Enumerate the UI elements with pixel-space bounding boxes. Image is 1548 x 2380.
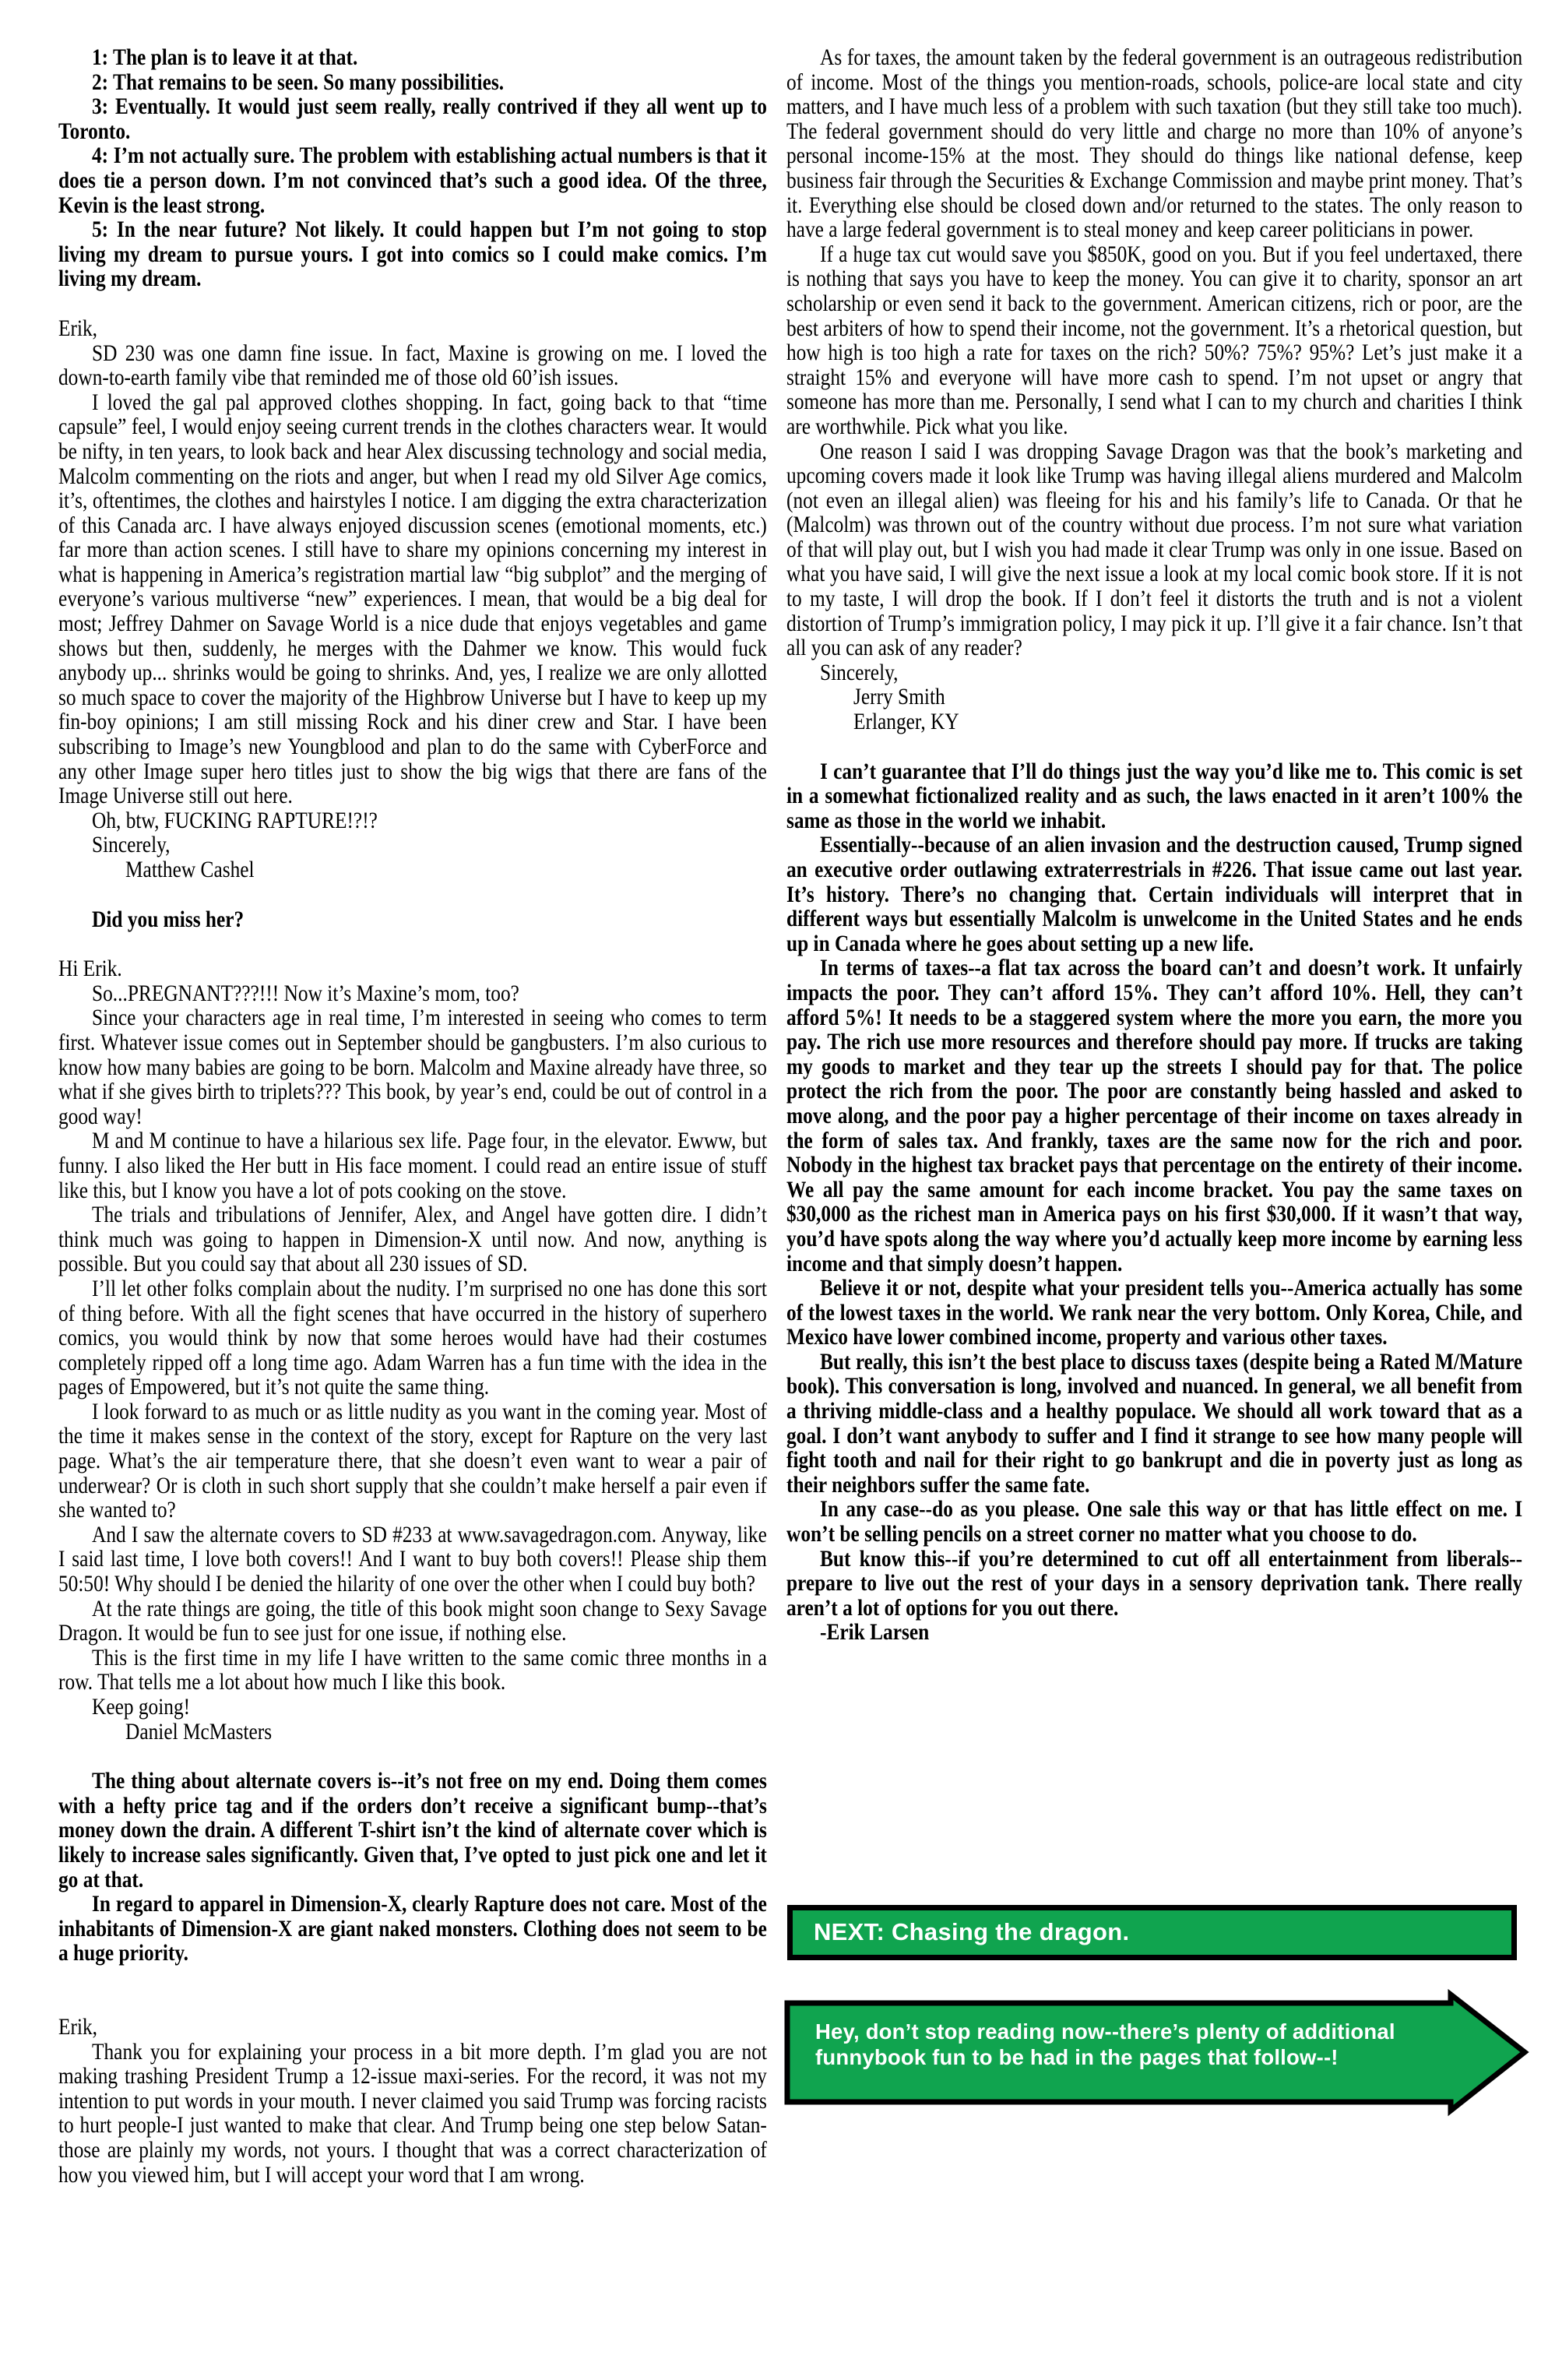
letter-paragraph: In any case--do as you please. One sale … (786, 1498, 1522, 1547)
letter-paragraph: In terms of taxes--a flat tax across the… (786, 956, 1522, 1276)
letters-column-left: 1: The plan is to leave it at that.2: Th… (58, 46, 767, 2188)
next-issue-banner: NEXT: Chasing the dragon. (787, 1905, 1517, 1960)
letter-paragraph: -Erik Larsen (786, 1621, 1522, 1646)
letter-paragraph: Hi Erik. (58, 957, 767, 982)
letter-paragraph: One reason I said I was dropping Savage … (786, 440, 1522, 661)
letter-paragraph: The trials and tribulations of Jennifer,… (58, 1203, 767, 1277)
letter-paragraph: As for taxes, the amount taken by the fe… (786, 46, 1522, 243)
letter-paragraph: I can’t guarantee that I’ll do things ju… (786, 760, 1522, 834)
letters-column-right: As for taxes, the amount taken by the fe… (786, 46, 1522, 1646)
letter-paragraph: But know this--if you’re determined to c… (786, 1547, 1522, 1621)
letter-paragraph: Did you miss her? (58, 908, 767, 933)
letters-page: { "page": { "kind": "comic-book letters … (0, 0, 1548, 2380)
letter-paragraph: 5: In the near future? Not likely. It co… (58, 218, 767, 292)
letter-paragraph: 1: The plan is to leave it at that. (58, 46, 767, 71)
signature-line: Daniel McMasters (58, 1720, 767, 1745)
letter-paragraph: M and M continue to have a hilarious sex… (58, 1129, 767, 1203)
next-issue-banner-label: NEXT: Chasing the dragon. (793, 1910, 1511, 1954)
signature-line: Jerry Smith (786, 685, 1522, 710)
letter-paragraph: And I saw the alternate covers to SD #23… (58, 1523, 767, 1597)
letter-paragraph: At the rate things are going, the title … (58, 1597, 767, 1646)
arrow-banner-line1: Hey, don’t stop reading now--there’s ple… (815, 2019, 1438, 2044)
letter-paragraph: I loved the gal pal approved clothes sho… (58, 391, 767, 809)
letter-paragraph: So...PREGNANT???!!! Now it’s Maxine’s mo… (58, 982, 767, 1007)
letter-paragraph: Erik, (58, 2016, 767, 2040)
letter-paragraph: In regard to apparel in Dimension-X, cle… (58, 1892, 767, 1966)
letter-paragraph: Oh, btw, FUCKING RAPTURE!?!? (58, 809, 767, 834)
signature-line: Matthew Cashel (58, 858, 767, 883)
letter-paragraph: I’ll let other folks complain about the … (58, 1277, 767, 1400)
arrow-banner-line2: funnybook fun to be had in the pages tha… (815, 2044, 1438, 2070)
letter-paragraph: Erik, (58, 317, 767, 342)
letter-paragraph: But really, this isn’t the best place to… (786, 1350, 1522, 1498)
letter-paragraph: Believe it or not, despite what your pre… (786, 1276, 1522, 1350)
letter-paragraph: 4: I’m not actually sure. The problem wi… (58, 144, 767, 218)
letter-paragraph: Sincerely, (58, 833, 767, 858)
letter-paragraph: If a huge tax cut would save you $850K, … (786, 243, 1522, 440)
letter-paragraph: Essentially--because of an alien invasio… (786, 833, 1522, 956)
letter-paragraph: Keep going! (58, 1695, 767, 1720)
letter-paragraph: Thank you for explaining your process in… (58, 2040, 767, 2188)
signature-line: Erlanger, KY (786, 710, 1522, 735)
arrow-banner-text: Hey, don’t stop reading now--there’s ple… (815, 2019, 1438, 2070)
letter-paragraph: 3: Eventually. It would just seem really… (58, 95, 767, 144)
letter-paragraph: SD 230 was one damn fine issue. In fact,… (58, 342, 767, 391)
letter-paragraph: This is the first time in my life I have… (58, 1646, 767, 1695)
letter-paragraph: 2: That remains to be seen. So many poss… (58, 71, 767, 96)
letter-paragraph: Sincerely, (786, 661, 1522, 686)
letter-paragraph: I look forward to as much or as little n… (58, 1400, 767, 1523)
letter-paragraph: The thing about alternate covers is--it’… (58, 1769, 767, 1892)
letter-paragraph: Since your characters age in real time, … (58, 1006, 767, 1129)
